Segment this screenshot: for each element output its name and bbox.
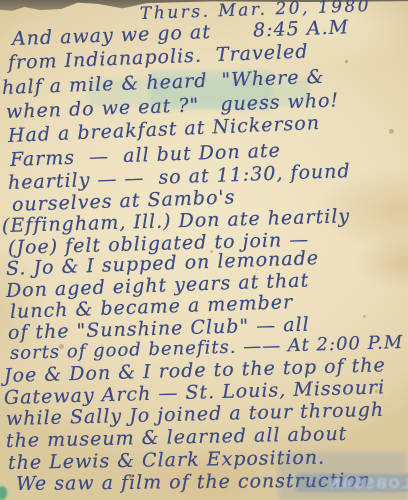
bleed-through-mirrored-text: LOBSSAN [296, 474, 408, 492]
handwritten-note-page: Thurs. Mar. 20, 1980 And away we go at 8… [0, 0, 408, 500]
green-ink-mark [0, 486, 7, 500]
paper-specks [345, 60, 348, 63]
